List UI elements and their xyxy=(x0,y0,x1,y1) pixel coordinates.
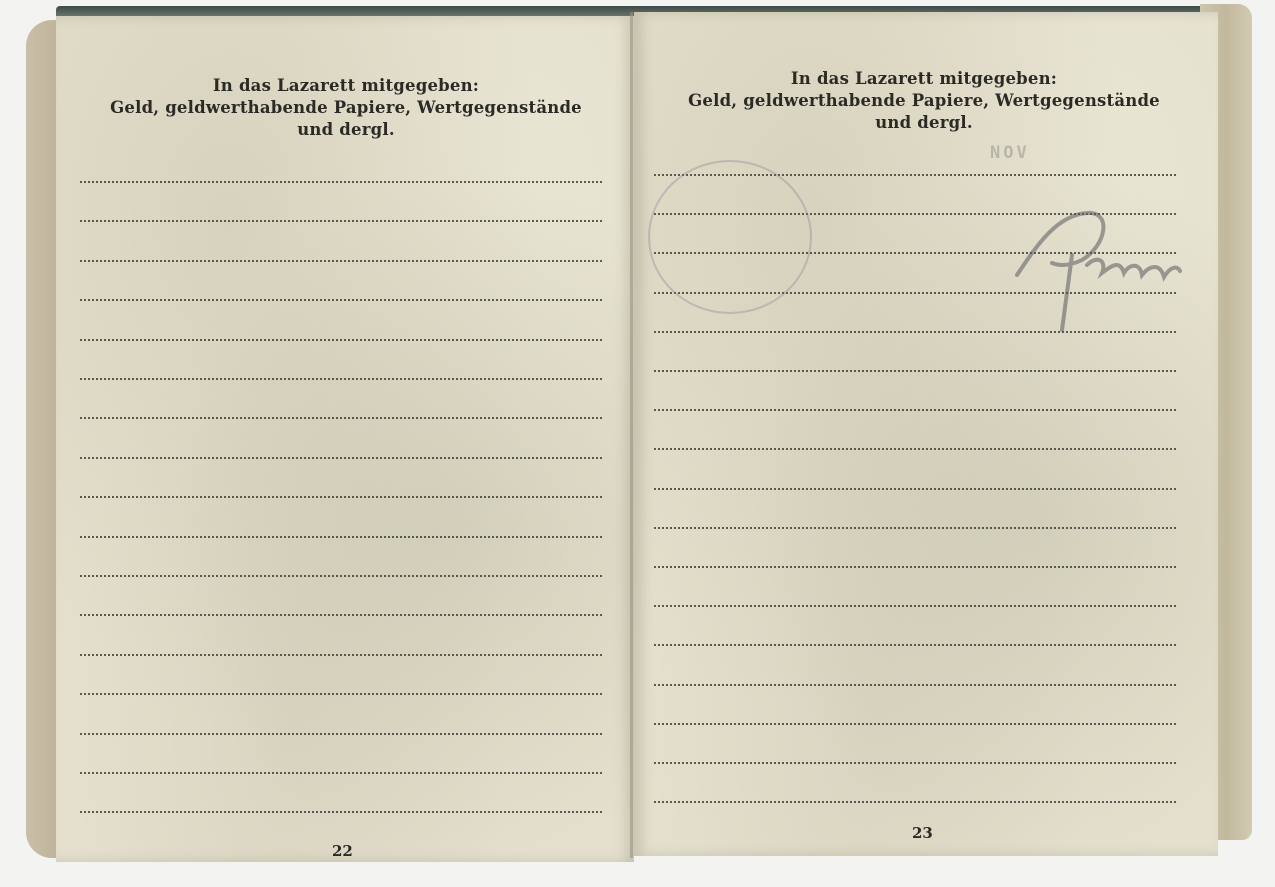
ruled-line xyxy=(654,801,1176,803)
left-page: In das Lazarett mitgegeben: Geld, geldwe… xyxy=(56,16,634,862)
ruled-line xyxy=(80,457,602,459)
ruled-line xyxy=(654,684,1176,686)
ruled-line xyxy=(80,220,602,222)
handwritten-signature-icon xyxy=(1012,205,1182,335)
ruled-line xyxy=(80,654,602,656)
ruled-line xyxy=(80,496,602,498)
ruled-line xyxy=(80,299,602,301)
page-number-left: 22 xyxy=(332,842,353,860)
ruled-line xyxy=(654,409,1176,411)
ruled-line xyxy=(80,693,602,695)
ruled-line xyxy=(654,566,1176,568)
ruled-line xyxy=(654,723,1176,725)
heading-line-2: Geld, geldwerthabende Papiere, Wertgegen… xyxy=(96,97,596,119)
ruled-line xyxy=(80,260,602,262)
ruled-line xyxy=(654,605,1176,607)
ruled-line xyxy=(80,733,602,735)
ruled-line xyxy=(80,772,602,774)
ruled-line xyxy=(80,378,602,380)
heading-line-1: In das Lazarett mitgegeben: xyxy=(96,75,596,97)
right-page-heading: In das Lazarett mitgegeben: Geld, geldwe… xyxy=(664,68,1184,134)
ruled-line xyxy=(80,811,602,813)
heading-line-2: Geld, geldwerthabende Papiere, Wertgegen… xyxy=(664,90,1184,112)
page-number-right: 23 xyxy=(912,824,933,842)
ruled-line xyxy=(654,644,1176,646)
ruled-line xyxy=(80,181,602,183)
heading-line-1: In das Lazarett mitgegeben: xyxy=(664,68,1184,90)
ruled-line xyxy=(80,339,602,341)
ruled-line xyxy=(80,417,602,419)
ruled-line xyxy=(80,614,602,616)
round-stamp-icon xyxy=(648,160,812,314)
ruled-line xyxy=(80,536,602,538)
ruled-line xyxy=(654,370,1176,372)
ruled-line xyxy=(654,448,1176,450)
ruled-line xyxy=(654,762,1176,764)
heading-line-3: und dergl. xyxy=(96,119,596,141)
heading-line-3: und dergl. xyxy=(664,112,1184,134)
ruled-line xyxy=(80,575,602,577)
left-page-heading: In das Lazarett mitgegeben: Geld, geldwe… xyxy=(96,75,596,141)
ruled-line xyxy=(654,488,1176,490)
right-page: In das Lazarett mitgegeben: Geld, geldwe… xyxy=(634,12,1218,856)
date-stamp: NOV xyxy=(990,143,1030,163)
ruled-line xyxy=(654,527,1176,529)
book-gutter xyxy=(630,12,633,858)
